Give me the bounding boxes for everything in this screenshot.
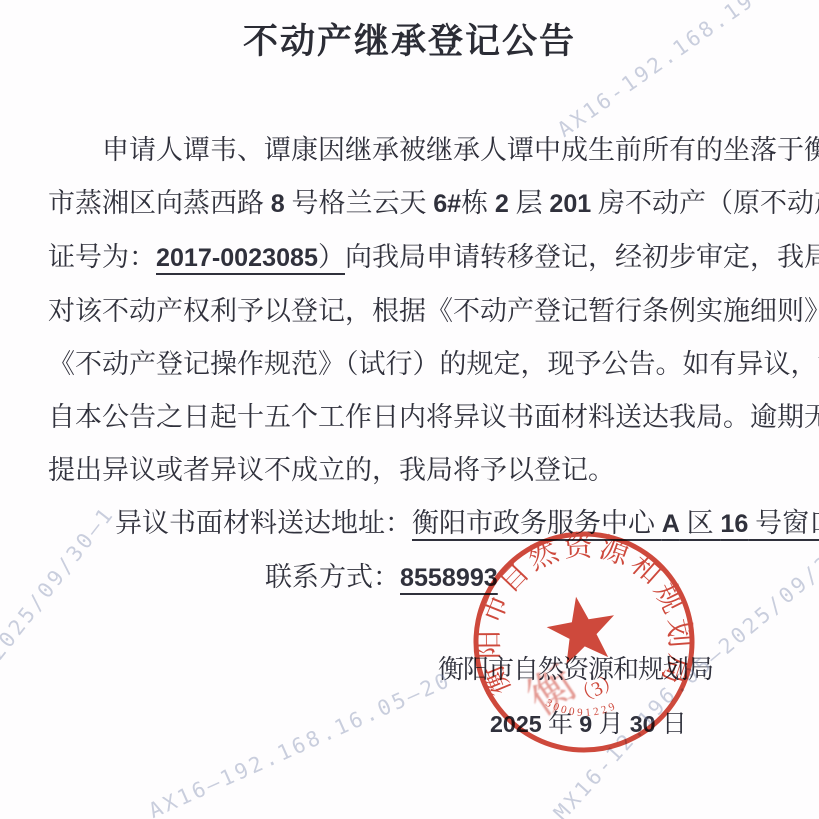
address-text-run: 号窗口 xyxy=(748,508,819,538)
body-line: 《不动产登记操作规范》（试行）的规定，现予公告。如有异议，请 xyxy=(48,338,771,391)
body-line: 自本公告之日起十五个工作日内将异议书面材料送达我局。逾期无人 xyxy=(48,391,771,444)
body-text-run: 房不动产（原不动产 xyxy=(591,188,819,218)
body-text-run: 证号为： xyxy=(48,242,156,272)
address-label: 异议书面材料送达地址： xyxy=(115,508,412,538)
body-text-run: 层 xyxy=(509,188,550,218)
body-text-run: ） xyxy=(318,242,345,272)
body-line: 对该不动产权利予以登记，根据《不动产登记暂行条例实施细则》和 xyxy=(48,285,771,338)
scan-watermark: AX16—192.168.16.05—20 xyxy=(145,667,455,819)
official-seal: 衡阳市自然资源和规划局 （3） 300091229 衡 xyxy=(450,508,719,777)
address-text-run: 区 xyxy=(680,508,721,538)
floor-number: 2 xyxy=(495,190,509,218)
street-number: 8 xyxy=(271,190,285,218)
certificate-number: 2017-0023085 xyxy=(156,244,318,272)
scan-watermark: 2025/09/30—1 xyxy=(0,502,119,665)
body-line: 提出异议或者异议不成立的，我局将予以登记。 xyxy=(48,444,771,497)
announcement-document: AX16-192.168.19 2025/09/30—1 AX16—192.16… xyxy=(0,0,819,819)
body-text-run: 栋 xyxy=(461,188,495,218)
seal-star-icon xyxy=(542,591,621,667)
body-line: 证号为：2017-0023085）向我局申请转移登记，经初步审定，我局拟 xyxy=(48,231,771,285)
body-text-run: 市蒸湘区向蒸西路 xyxy=(48,188,271,218)
contact-label: 联系方式： xyxy=(265,562,400,592)
body-text-run: 号格兰云天 xyxy=(285,188,434,218)
body-paragraph: 申请人谭韦、谭康因继承被继承人谭中成生前所有的坐落于衡阳 市蒸湘区向蒸西路 8 … xyxy=(48,124,771,497)
body-line: 申请人谭韦、谭康因继承被继承人谭中成生前所有的坐落于衡阳 xyxy=(48,124,771,177)
body-line: 市蒸湘区向蒸西路 8 号格兰云天 6#栋 2 层 201 房不动产（原不动产 xyxy=(48,177,771,231)
objection-address-line: 异议书面材料送达地址：衡阳市政务服务中心 A 区 16 号窗口 xyxy=(115,497,819,551)
official-seal-graphic: 衡阳市自然资源和规划局 （3） 300091229 衡 xyxy=(450,508,719,777)
body-text-run: 向我局申请转移登记，经初步审定，我局拟 xyxy=(345,242,819,272)
building-number: 6# xyxy=(433,190,461,218)
document-title: 不动产继承登记公告 xyxy=(0,20,819,64)
room-number: 201 xyxy=(549,190,591,218)
window-number: 16 xyxy=(720,510,748,538)
